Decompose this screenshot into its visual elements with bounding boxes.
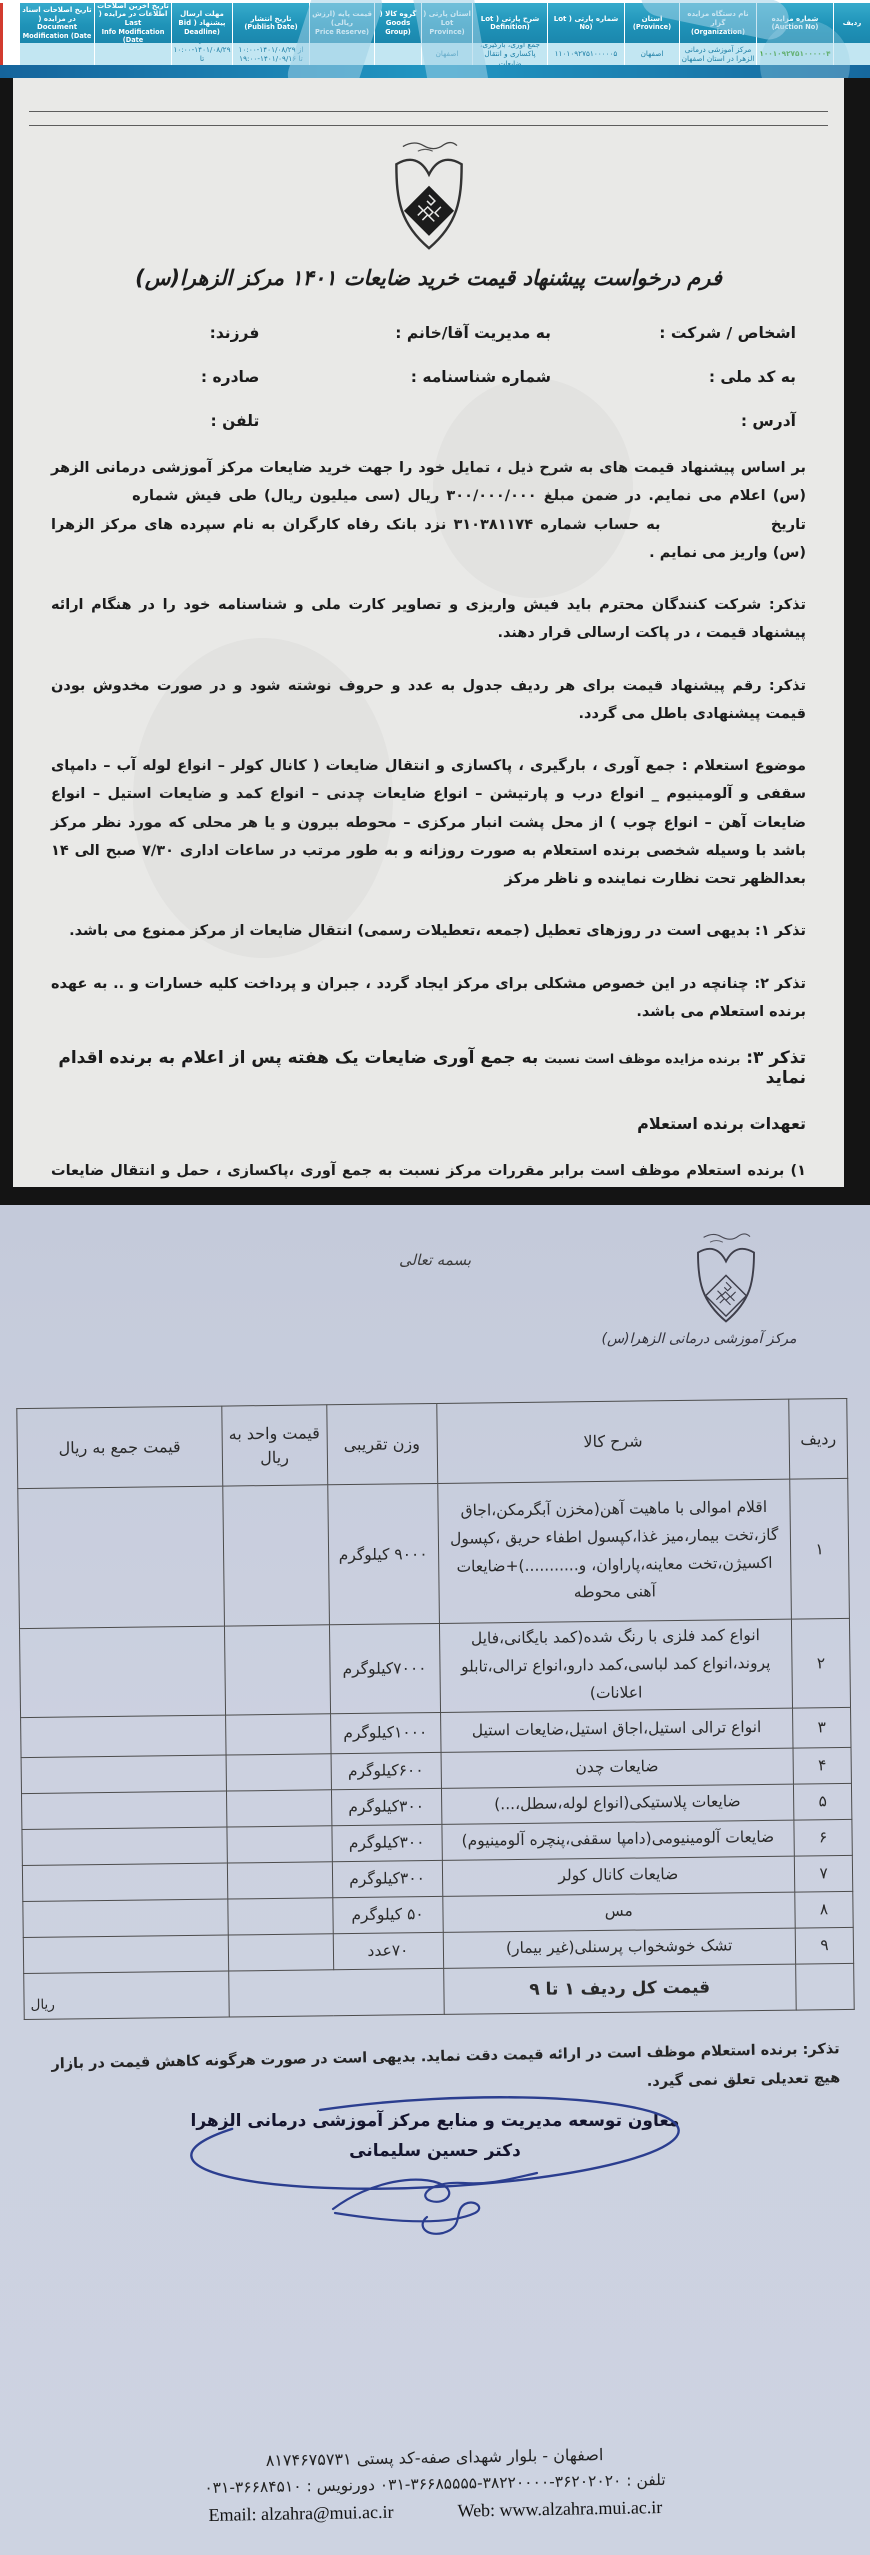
top-double-rule — [29, 111, 828, 126]
cell-lot-no: ۱۱۰۱۰۹۲۷۵۱۰۰۰۰۰۵ — [548, 43, 624, 65]
cell-no: ۴ — [793, 1747, 851, 1784]
account-number: ۳۱۰۳۸۱۱۷۴ — [453, 517, 533, 533]
obligations-title: تعهدات برنده استعلام — [51, 1114, 806, 1133]
auction-table-header: ردیف شماره مزایده(Auction No) نام دستگاه… — [0, 3, 870, 43]
hospital-logo — [382, 140, 476, 254]
signatory-name: دکتر حسین سلیمانی — [191, 2141, 680, 2161]
page1-paper: فرم درخواست پیشنهاد قیمت خرید ضایعات ۱۴۰… — [13, 78, 844, 1187]
cell-document-modification — [20, 43, 94, 65]
cell-unit-price — [222, 1485, 329, 1626]
field-national-id-label: به کد ملی : — [551, 368, 796, 386]
field-child-of-label: فرزند: — [61, 324, 259, 342]
cell-weight: ۵۰ کیلوگرم — [332, 1896, 442, 1933]
cell-weight: ۷۰۰۰کیلوگرم — [329, 1623, 440, 1713]
field-address-label: آدرس : — [551, 412, 796, 430]
cell-weight: ۳۰۰کیلوگرم — [332, 1860, 442, 1897]
cell-no: ۹ — [795, 1927, 853, 1964]
footer-email: Email: alzahra@mui.ac.ir — [208, 2502, 393, 2526]
cell-total-price — [22, 1827, 227, 1865]
cell-total-price — [23, 1935, 228, 1973]
cell-no: ۳ — [793, 1707, 851, 1748]
signatory-title: معاون توسعه مدیریت و منابع مرکز آموزشی د… — [191, 2111, 680, 2131]
table-row: ۲ انواع کمد فلزی با رنگ شده(کمد بایگانی،… — [19, 1618, 850, 1717]
price-table: ردیف شرح کالا وزن تقریبی قیمت واحد به ری… — [16, 1398, 854, 2020]
cell-desc: ضایعات پلاستیکی(انواع لوله،سطل،...) — [441, 1784, 794, 1824]
col-header-row-no: ردیف — [834, 3, 870, 43]
col-header-lot-no: شماره پارتی ( Lot(No — [548, 3, 624, 43]
cell-desc: اقلام اموالی با ماهیت آهن(مخزن آبگرمکن،ا… — [437, 1479, 791, 1623]
total-label: قیمت کل ردیف ۱ تا ۹ — [443, 1964, 796, 2014]
cell-spacer — [1, 43, 19, 65]
cell-weight: ۳۰۰کیلوگرم — [331, 1824, 441, 1861]
col-header-document-modification: تاریخ اصلاحات اسناد در مزایده ( Document… — [20, 3, 94, 43]
cell-lot-province: اصفهان — [422, 43, 472, 65]
cell-desc: ضایعات کانال کولر — [442, 1856, 795, 1896]
cell-unit-price — [227, 1825, 332, 1862]
cell-desc: ضایعات چدن — [441, 1748, 794, 1788]
col-header-publish-date: تاریخ انتشار(Publish Date) — [233, 3, 309, 43]
scanned-page-1: فرم درخواست پیشنهاد قیمت خرید ضایعات ۱۴۰… — [0, 78, 870, 1205]
cell-bid-deadline: از ۱۴۰۱/۰۸/۲۹-۱۰:۰۰تا ۱۴۰۱/۰۹/۱۶-۱۹:۰۰ — [172, 43, 232, 65]
cell-unit-price — [226, 1753, 331, 1790]
cell-total-price — [21, 1755, 226, 1793]
total-unit: ریال — [24, 1971, 229, 2019]
signature-block: معاون توسعه مدیریت و منابع مرکز آموزشی د… — [0, 2105, 870, 2239]
cell-last-info-modification — [95, 43, 171, 65]
cell-auction-no: ۱۰۰۱۰۹۲۷۵۱۰۰۰۰۰۴ — [757, 43, 833, 65]
cell-unit-price — [224, 1625, 330, 1715]
footer-web: Web: www.alzahra.mui.ac.ir — [457, 2497, 662, 2522]
cell-reserve-price — [310, 43, 374, 65]
cell-no: ۱ — [790, 1478, 850, 1619]
deposit-amount: ۳۰۰/۰۰۰/۰۰۰ ریال (سی میلیون ریال) طی فیش… — [132, 488, 537, 504]
cell-weight: ۳۰۰کیلوگرم — [331, 1788, 441, 1825]
price-accuracy-note: تذکر: برنده استعلام موظف است در ارائه قی… — [30, 2035, 841, 2109]
th-unit-price: قیمت واحد به ریال — [221, 1405, 327, 1486]
cell-publish-date: از ۱۴۰۱/۰۸/۲۹-۱۰:۰۰تا ۱۴۰۱/۰۹/۱۶-۱۹:۰۰ — [233, 43, 309, 65]
auction-table-row[interactable]: ۱۰۰۱۰۹۲۷۵۱۰۰۰۰۰۴ مرکز آموزشی درمانی الزه… — [0, 43, 870, 65]
note-3: تذکر ۳: برنده مزایده موظف است نسبت به جم… — [51, 1048, 806, 1088]
cell-row-no — [834, 43, 870, 65]
field-issued-at-label: صادره : — [61, 368, 259, 386]
cell-total-price — [18, 1486, 224, 1628]
cell-desc: ضایعات آلومینیومی(دامپا سقفی،پنچره آلومی… — [441, 1820, 794, 1860]
cell-desc: مس — [442, 1892, 795, 1932]
col-header-auction-no: شماره مزایده(Auction No) — [757, 3, 833, 43]
cell-total-price — [21, 1715, 226, 1757]
cell-organization: مرکز آموزشی درمانی الزهرا در استان اصفها… — [680, 43, 756, 65]
cell-total-price — [23, 1899, 228, 1937]
field-company-label: اشخاص / شرکت : — [551, 324, 796, 342]
col-header-goods-group: گروه کالا ( Goods(Group — [375, 3, 421, 43]
auction-listing-strip: ردیف شماره مزایده(Auction No) نام دستگاه… — [0, 0, 870, 78]
note-participants: تذکر: شرکت کنندگان محترم باید فیش واریزی… — [51, 591, 806, 648]
cell-unit-price — [225, 1713, 330, 1754]
col-header-lot-province: استان پارتی ( Lot(Province — [422, 3, 472, 43]
field-manager-label: به مدیریت آقا/خانم : — [259, 324, 551, 342]
col-header-spacer — [1, 3, 19, 43]
cell-goods-group — [375, 43, 421, 65]
field-phone-label: تلفن : — [61, 412, 259, 430]
form-title: فرم درخواست پیشنهاد قیمت خرید ضایعات ۱۴۰… — [13, 266, 844, 290]
col-header-province: استان(Province) — [625, 3, 679, 43]
price-table-wrap: ردیف شرح کالا وزن تقریبی قیمت واحد به ری… — [0, 1398, 870, 2020]
th-total-price: قیمت جمع به ریال — [17, 1406, 223, 1488]
cell-no: ۵ — [793, 1783, 851, 1820]
note-1: تذکر ۱: بدیهی است در روزهای تعطیل (جمعه … — [51, 917, 806, 945]
col-header-bid-deadline: مهلت ارسال پیشنهاد ( Bid(Deadline — [172, 3, 232, 43]
cell-desc: تشک خوشخواب پرسنلی(غیر بیمار) — [443, 1928, 796, 1968]
cell-unit-price — [228, 1933, 333, 1970]
th-row-no: ردیف — [789, 1398, 848, 1479]
note-2: تذکر ۲: چنانچه در این خصوص مشکلی برای مر… — [51, 970, 806, 1027]
logo-calligraphy — [402, 143, 456, 149]
screenshot-root: { "colors": { "strip_teal": "#1f93b8", "… — [0, 0, 870, 2555]
col-header-last-info-modification: تاریخ آخرین اصلاحات اطلاعات در مزایده ( … — [95, 3, 171, 43]
cell-desc: انواع کمد فلزی با رنگ شده(کمد بایگانی،فا… — [439, 1619, 793, 1712]
cell-desc: انواع ترالی استیل،اجاق استیل،ضایعات استی… — [440, 1708, 793, 1752]
note-price-writing: تذکر: رقم پیشنهاد قیمت برای هر ردیف جدول… — [51, 672, 806, 729]
th-weight: وزن تقریبی — [326, 1403, 437, 1484]
obligation-1: ۱) برنده استعلام موظف است برابر مقررات م… — [51, 1157, 806, 1187]
total-row: قیمت کل ردیف ۱ تا ۹ ریال — [24, 1963, 855, 2019]
date-label: تاریخ — [771, 517, 806, 533]
cell-no: ۶ — [794, 1819, 852, 1856]
hospital-logo-page2 — [686, 1229, 766, 1333]
col-header-lot-definition: شرح پارتی ( Lot(Definition — [473, 3, 547, 43]
table-row: ۱ اقلام اموالی با ماهیت آهن(مخزن آبگرمکن… — [18, 1478, 850, 1628]
handwritten-signature — [325, 2169, 545, 2239]
field-certificate-no-label: شماره شناسنامه : — [259, 368, 551, 386]
cell-total-price — [22, 1791, 227, 1829]
cell-weight: ۷۰عدد — [333, 1932, 443, 1969]
scanned-page-2: بسمه تعالی مرکز آموزشی درمانی الزهرا(س) … — [0, 1205, 870, 2555]
cell-weight: ۹۰۰۰ کیلوگرم — [327, 1483, 439, 1624]
cell-weight: ۱۰۰۰کیلوگرم — [330, 1712, 440, 1753]
cell-unit-price — [227, 1861, 332, 1898]
intro-paragraph: بر اساس پیشنهاد قیمت های به شرح ذیل ، تم… — [51, 454, 806, 567]
total-empty-mid — [228, 1968, 443, 2017]
cell-lot-definition: جمع آوری، بارگیری، پاکساری و انتقال ضایع… — [473, 43, 547, 65]
th-description: شرح کالا — [436, 1399, 789, 1483]
cell-province: اصفهان — [625, 43, 679, 65]
cell-total-price — [19, 1626, 225, 1717]
inquiry-subject: موضوع استعلام : جمع آوری ، بارگیری ، پاک… — [51, 752, 806, 893]
strip-bottom-band — [0, 65, 870, 78]
hospital-name-caption: مرکز آموزشی درمانی الزهرا(س) — [574, 1331, 824, 1347]
price-table-header-row: ردیف شرح کالا وزن تقریبی قیمت واحد به ری… — [17, 1398, 848, 1488]
cell-weight: ۶۰۰کیلوگرم — [331, 1752, 441, 1789]
cell-unit-price — [227, 1897, 332, 1934]
col-header-reserve-price: قیمت پایه (ارزش ریالی)(Price Reserve — [310, 3, 374, 43]
cell-no: ۸ — [795, 1891, 853, 1928]
total-empty-no — [796, 1963, 855, 2010]
field-empty — [259, 412, 551, 430]
page2-footer: اصفهان - بلوار شهدای صفه-کد پستی ۸۱۷۴۶۷۵… — [0, 2440, 870, 2529]
cell-unit-price — [226, 1789, 331, 1826]
cell-no: ۷ — [794, 1855, 852, 1892]
col-header-organization: نام دستگاه مزایده گزار(Organization) — [680, 3, 756, 43]
cell-no: ۲ — [791, 1618, 850, 1707]
applicant-fields: اشخاص / شرکت : به مدیریت آقا/خانم : فرزن… — [61, 324, 796, 430]
cell-total-price — [22, 1863, 227, 1901]
strip-red-edge — [0, 3, 3, 65]
